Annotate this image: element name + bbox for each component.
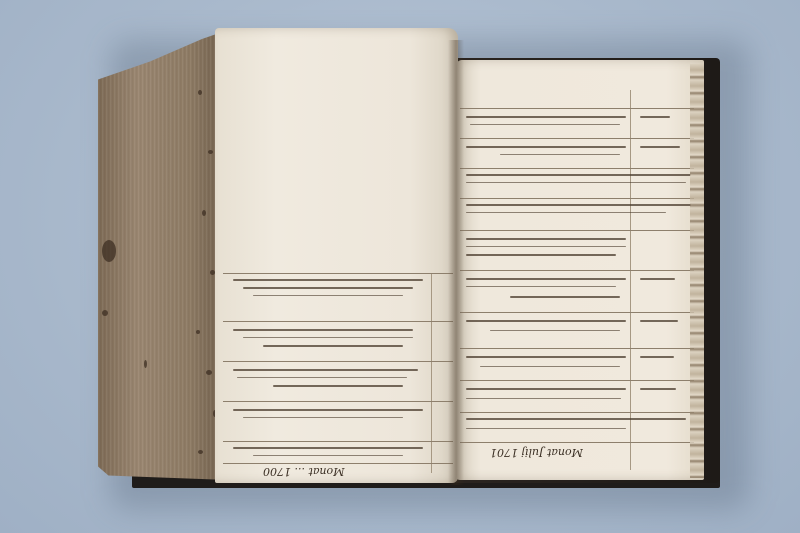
left-ledger: Monat ... 1700 [223, 273, 453, 473]
left-page-blank-area [215, 28, 458, 273]
right-page-edge [690, 64, 704, 478]
left-page-header: Monat ... 1700 [263, 465, 344, 478]
page-fore-edge [98, 30, 228, 480]
right-ledger: Monat Julij 1701 [460, 90, 694, 470]
right-page-header: Monat Julij 1701 [490, 446, 583, 459]
right-page: Monat Julij 1701 [456, 60, 704, 480]
left-page: Monat ... 1700 [215, 28, 458, 483]
book-gutter [448, 40, 464, 485]
